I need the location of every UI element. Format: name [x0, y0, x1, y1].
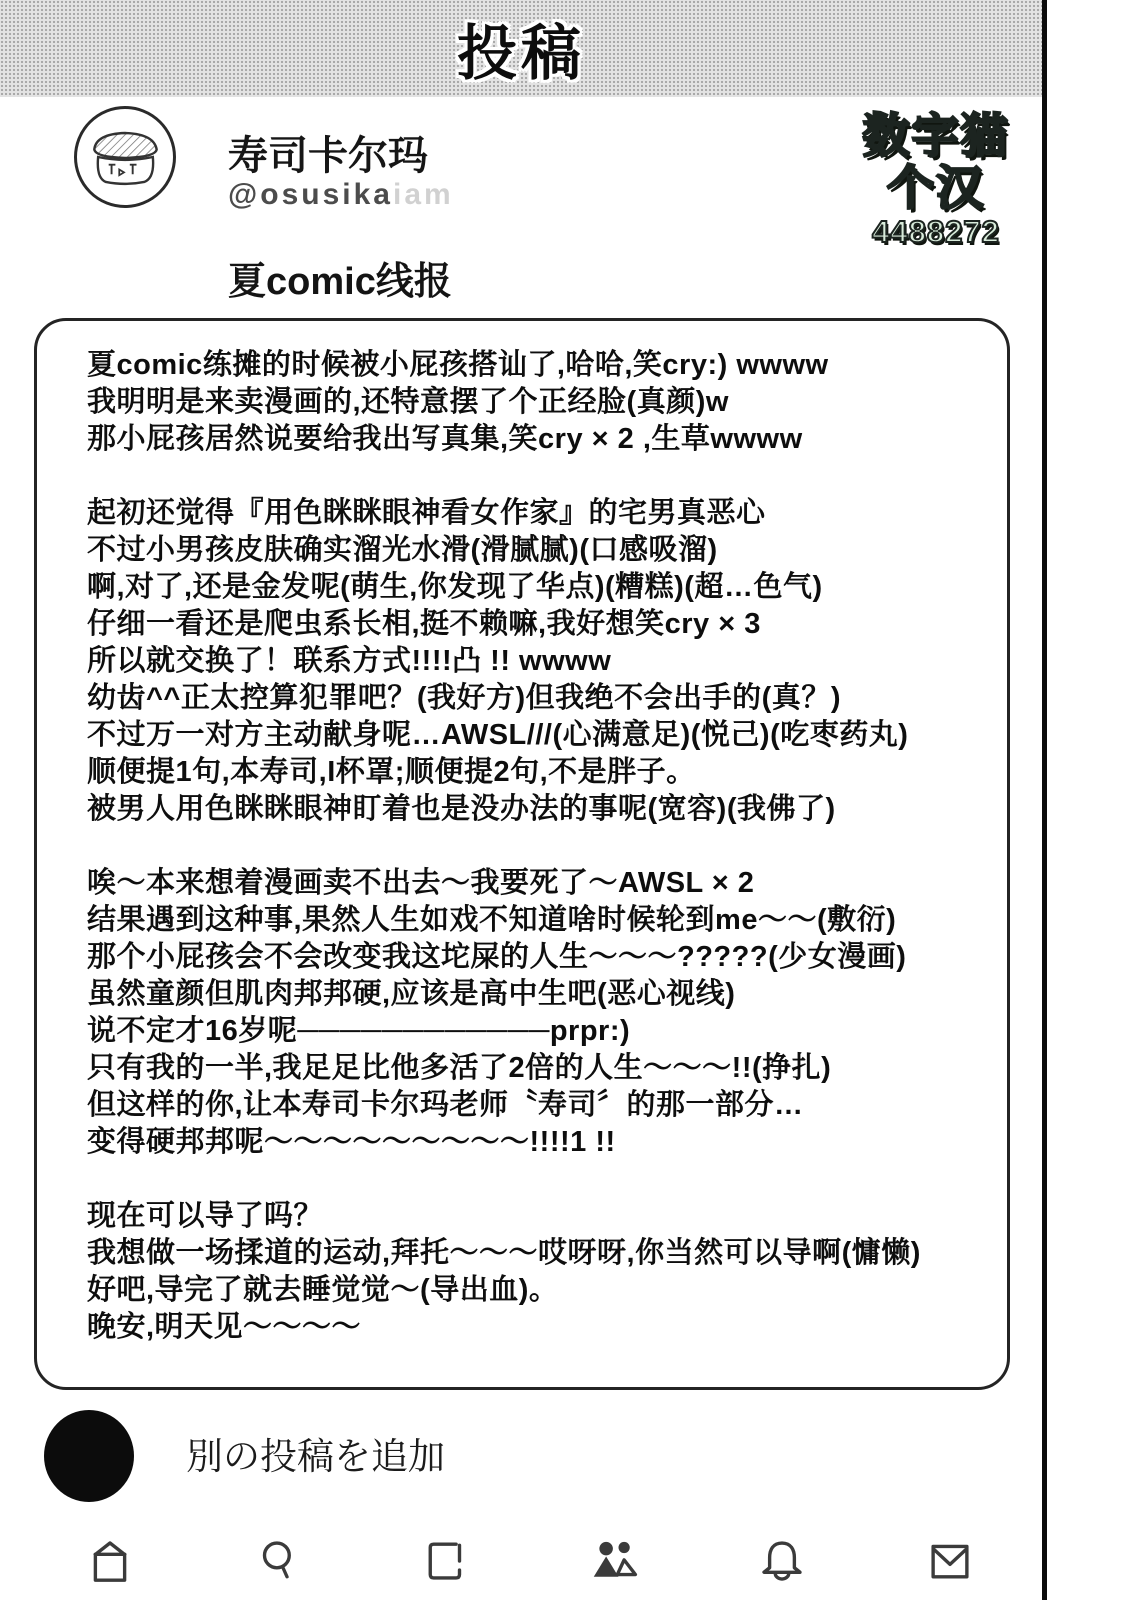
post-text-line: 那个小屁孩会不会改变我这坨屎的人生〜〜〜?????(少女漫画) — [87, 939, 999, 976]
nav-people[interactable] — [586, 1533, 642, 1589]
post-text-line: 不过小男孩皮肤确实溜光水滑(滑腻腻)(口感吸溜) — [87, 532, 999, 569]
post-text-line: 现在可以导了吗？ — [87, 1198, 999, 1235]
post-text-line: 我想做一场揉道的运动,拜托〜〜〜哎呀呀,你当然可以导啊(慵懒) — [87, 1235, 999, 1272]
home-icon — [83, 1534, 137, 1588]
post-text-line: 但这样的你,让本寿司卡尔玛老师〝寿司〞的那一部分… — [87, 1087, 999, 1124]
post-paragraph: 起初还觉得『用色眯眯眼神看女作家』的宅男真恶心不过小男孩皮肤确实溜光水滑(滑腻腻… — [87, 495, 999, 828]
watermark-line1: 数字猫 — [852, 110, 1020, 162]
add-post-button[interactable]: 別の投稿を追加 — [186, 1426, 445, 1480]
post-text-line: 仔细一看还是爬虫系长相,挺不赖嘛,我好想笑cry × 3 — [87, 606, 999, 643]
post-text-line: 不过万一对方主动献身呢…AWSL///(心满意足)(悦己)(吃枣药丸) — [87, 717, 999, 754]
nav-home[interactable] — [82, 1533, 138, 1589]
post-text-line: 啊,对了,还是金发呢(萌生,你发现了华点)(糟糕)(超…色气) — [87, 569, 999, 606]
post-text-line: 夏comic练摊的时候被小屁孩搭讪了,哈哈,笑cry:) wwww — [87, 347, 999, 384]
avatar-placeholder[interactable] — [44, 1410, 134, 1502]
scanlation-watermark: 数字猫 个汉 4488272 — [852, 110, 1020, 249]
sushi-avatar-icon — [77, 192, 173, 208]
page-border-line — [1042, 0, 1047, 1600]
post-text-line: 起初还觉得『用色眯眯眼神看女作家』的宅男真恶心 — [87, 495, 999, 532]
people-icon — [587, 1534, 641, 1588]
post-text-line: 变得硬邦邦呢〜〜〜〜〜〜〜〜〜!!!!1 !! — [87, 1124, 999, 1161]
profile-avatar[interactable] — [74, 106, 176, 208]
post-text-line: 只有我的一半,我足足比他多活了2倍的人生〜〜〜!!(挣扎) — [87, 1050, 999, 1087]
post-text-line: 好吧,导完了就去睡觉觉〜(导出血)。 — [87, 1272, 999, 1309]
bottom-nav-bar — [82, 1530, 978, 1592]
post-paragraph: 现在可以导了吗？我想做一场揉道的运动,拜托〜〜〜哎呀呀,你当然可以导啊(慵懒)好… — [87, 1198, 999, 1346]
nav-compose[interactable] — [418, 1533, 474, 1589]
nav-search[interactable] — [250, 1533, 306, 1589]
post-paragraph: 夏comic练摊的时候被小屁孩搭讪了,哈哈,笑cry:) wwww我明明是来卖漫… — [87, 347, 999, 458]
post-paragraph: 唉〜本来想着漫画卖不出去〜我要死了〜AWSL × 2结果遇到这种事,果然人生如戏… — [87, 865, 999, 1161]
post-text-line: 顺便提1句,本寿司,I杯罩;顺便提2句,不是胖子。 — [87, 754, 999, 791]
profile-handle-faded: iam — [393, 178, 454, 211]
search-icon — [251, 1534, 305, 1588]
compose-box-icon — [419, 1534, 473, 1588]
post-text-line: 被男人用色眯眯眼神盯着也是没办法的事呢(宽容)(我佛了) — [87, 791, 999, 828]
post-text-line: 唉〜本来想着漫画卖不出去〜我要死了〜AWSL × 2 — [87, 865, 999, 902]
post-body-box: 夏comic练摊的时候被小屁孩搭讪了,哈哈,笑cry:) wwww我明明是来卖漫… — [34, 318, 1010, 1390]
page-title: 投稿 — [457, 6, 585, 92]
post-body: 夏comic练摊的时候被小屁孩搭讪了,哈哈,笑cry:) wwww我明明是来卖漫… — [87, 347, 999, 1346]
notifications-bell-icon — [755, 1534, 809, 1588]
post-text-line: 结果遇到这种事,果然人生如戏不知道啥时候轮到me〜〜(敷衍) — [87, 902, 999, 939]
profile-name: 寿司卡尔玛 — [228, 124, 428, 181]
post-text-line: 我明明是来卖漫画的,还特意摆了个正经脸(真颜)w — [87, 384, 999, 421]
watermark-number: 4488272 — [852, 215, 1020, 249]
watermark-line2: 个汉 — [852, 162, 1020, 214]
post-text-line: 晚安,明天见〜〜〜〜 — [87, 1309, 999, 1346]
post-text-line: 那小屁孩居然说要给我出写真集,笑cry × 2 ,生草wwww — [87, 421, 999, 458]
post-text-line: 虽然童颜但肌肉邦邦硬,应该是高中生吧(恶心视线) — [87, 976, 999, 1013]
post-text-line: 所以就交换了！联系方式!!!!凸 !! wwww — [87, 643, 999, 680]
nav-notifications[interactable] — [754, 1533, 810, 1589]
profile-handle: @osusikaiam — [228, 178, 454, 212]
post-text-line: 说不定才16岁呢────────────prpr:) — [87, 1013, 999, 1050]
nav-messages[interactable] — [922, 1533, 978, 1589]
post-title: 夏comic线报 — [228, 250, 452, 305]
messages-mail-icon — [923, 1534, 977, 1588]
header-bar: 投稿 — [0, 0, 1042, 97]
post-text-line: 幼齿^^正太控算犯罪吧？(我好方)但我绝不会出手的(真？) — [87, 680, 999, 717]
